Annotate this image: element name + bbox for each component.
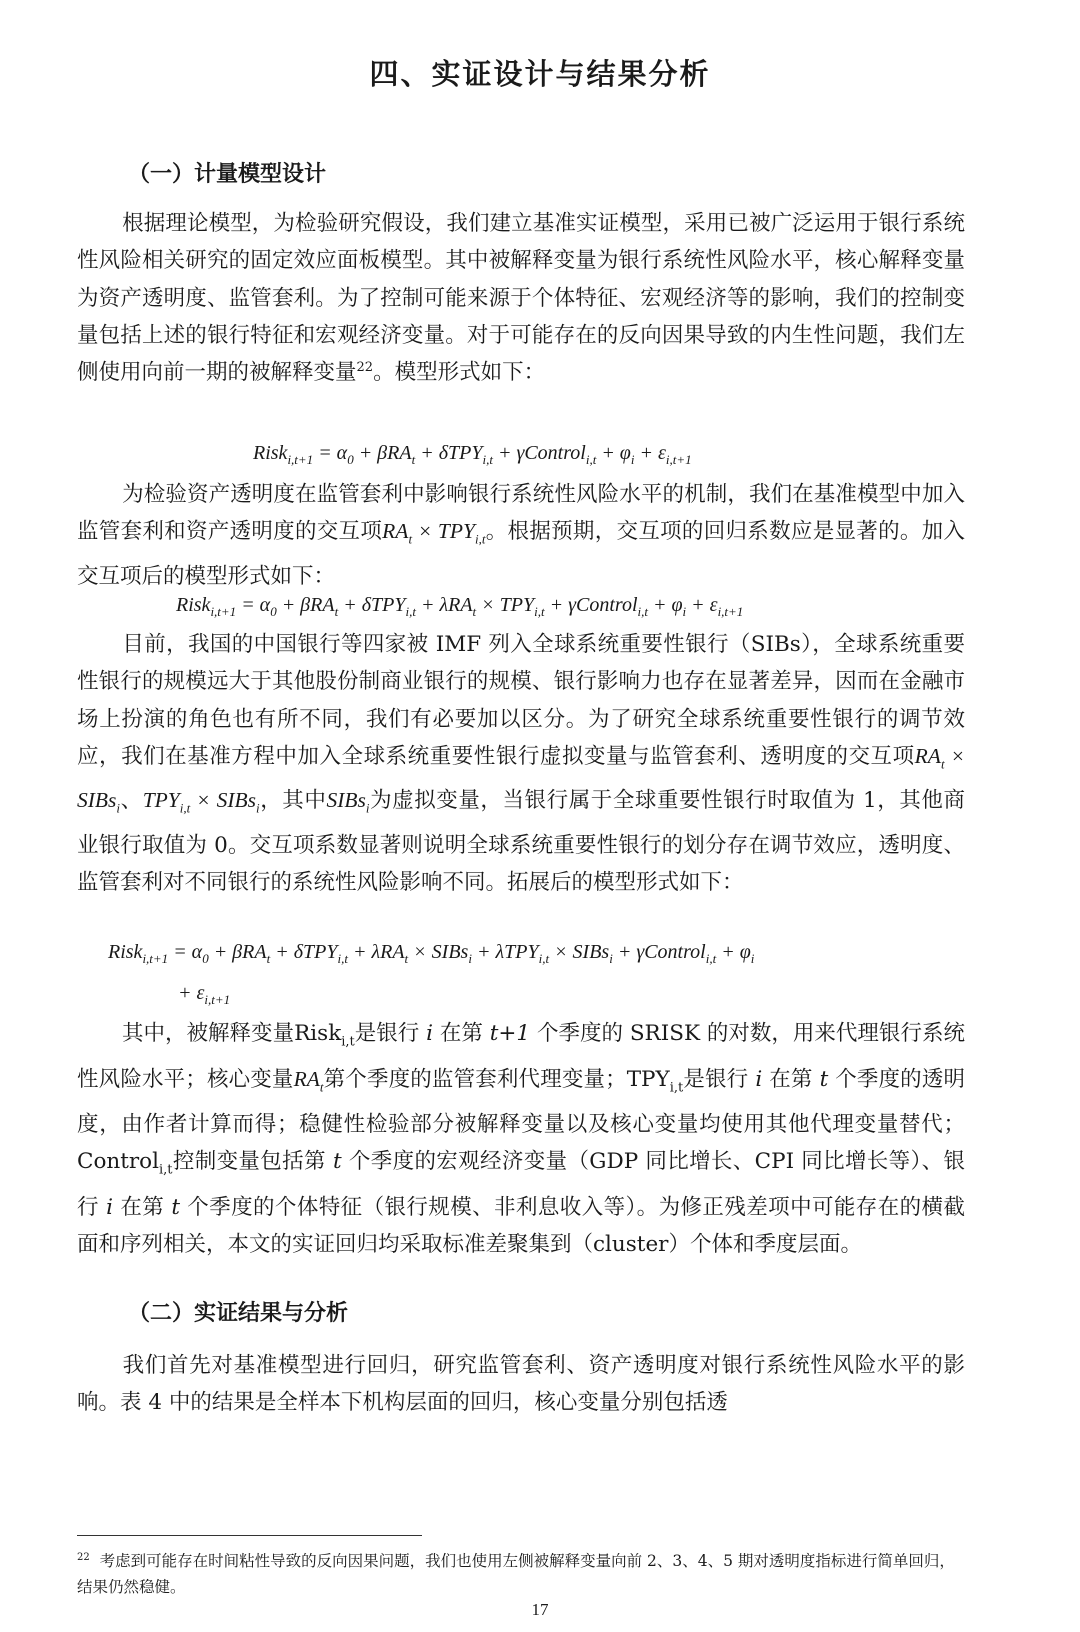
var-t: t	[820, 1067, 829, 1092]
var-ra: RAt	[294, 1067, 324, 1091]
var-tpy: TPYi,t	[627, 1067, 684, 1092]
paragraph-text: 我们首先对基准模型进行回归，研究监管套利、资产透明度对银行系统性风险水平的影响。…	[77, 1353, 965, 1415]
equation-extended-continued: + εi,t+1	[178, 982, 230, 1008]
section-heading-results: （二）实证结果与分析	[128, 1296, 348, 1327]
equation-extended: Riski,t+1 = α0 + βRAt + δTPYi,t + λRAt ×…	[108, 941, 754, 967]
equation-baseline: Riski,t+1 = α0 + βRAt + δTPYi,t + γContr…	[253, 442, 692, 468]
paragraph-text: 个季度的个体特征（银行规模、非利息收入等）。为修正残差项中可能存在的横截面和序列…	[77, 1195, 965, 1257]
paragraph-text: 。模型形式如下：	[373, 360, 545, 385]
term-tpy-sibs: TPYi,t × SIBsi	[143, 788, 260, 812]
paragraph-text: 在第	[769, 1067, 812, 1092]
var-t: t	[333, 1149, 342, 1174]
paragraph-text: 其中，被解释变量	[122, 1021, 294, 1046]
footnote-marker: 22	[77, 1552, 90, 1563]
var-risk: Riski,t	[294, 1021, 355, 1046]
paragraph-text: 在第	[440, 1021, 483, 1046]
equation-interaction: Riski,t+1 = α0 + βRAt + δTPYi,t + λRAt ×…	[176, 594, 743, 620]
paragraph-interaction: 为检验资产透明度在监管套利中影响银行系统性风险水平的机制，我们在基准模型中加入监…	[77, 476, 965, 595]
paragraph-variable-definitions: 其中，被解释变量Riski,t是银行 i 在第 t+1 个季度的 SRISK 的…	[77, 1015, 965, 1264]
section-heading-model-design: （一）计量模型设计	[128, 157, 326, 188]
paragraph-text: 在第	[120, 1195, 164, 1220]
var-t-plus-1: t+1	[490, 1021, 530, 1046]
interaction-term: RAt × TPYi,t	[382, 519, 485, 543]
var-i: i	[426, 1021, 433, 1046]
paragraph-text: 是银行	[683, 1067, 748, 1092]
footnote-divider	[77, 1535, 422, 1536]
var-control: Controli,t	[77, 1149, 173, 1174]
footnote-text: 考虑到可能存在时间粘性导致的反向因果问题，我们也使用左侧被解释变量向前 2、3、…	[77, 1552, 955, 1596]
term-sibs: SIBsi	[326, 788, 369, 812]
chapter-title: 四、实证设计与结果分析	[0, 52, 1080, 93]
var-t: t	[171, 1195, 180, 1220]
paragraph-text: 目前，我国的中国银行等四家被 IMF 列入全球系统重要性银行（SIBs），全球系…	[77, 632, 965, 769]
separator: 、	[120, 788, 143, 813]
paragraph-sibs: 目前，我国的中国银行等四家被 IMF 列入全球系统重要性银行（SIBs），全球系…	[77, 626, 965, 902]
footnote: 22 考虑到可能存在时间粘性导致的反向因果问题，我们也使用左侧被解释变量向前 2…	[77, 1548, 965, 1600]
footnote-ref: 22	[357, 360, 374, 375]
page-number: 17	[0, 1600, 1080, 1620]
paragraph-text: 控制变量包括第	[173, 1149, 326, 1174]
paragraph-text: 第个季度的监管套利代理变量；	[323, 1067, 626, 1092]
var-i: i	[755, 1067, 762, 1092]
paragraph-model-intro: 根据理论模型，为检验研究假设，我们建立基准实证模型，采用已被广泛运用于银行系统性…	[77, 205, 965, 391]
var-i: i	[106, 1195, 113, 1220]
paragraph-results-intro: 我们首先对基准模型进行回归，研究监管套利、资产透明度对银行系统性风险水平的影响。…	[77, 1347, 965, 1422]
paragraph-text: ，其中	[260, 788, 327, 813]
paragraph-text: 是银行	[355, 1021, 420, 1046]
